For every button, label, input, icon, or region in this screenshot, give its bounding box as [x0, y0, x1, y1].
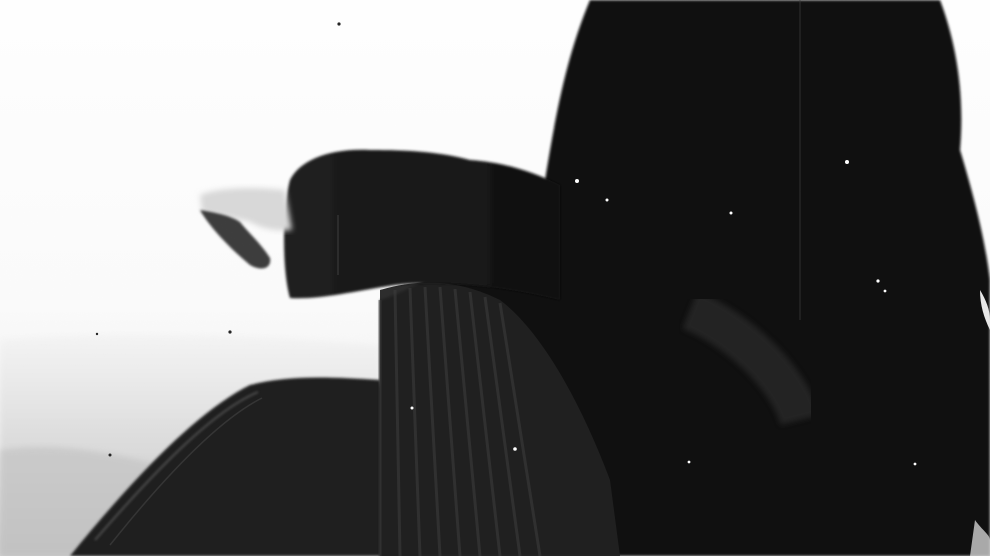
photograph: Grainy black-and-white photograph of a d…: [0, 0, 990, 556]
grain-overlay: [0, 0, 990, 556]
photo-scene: [0, 0, 990, 556]
